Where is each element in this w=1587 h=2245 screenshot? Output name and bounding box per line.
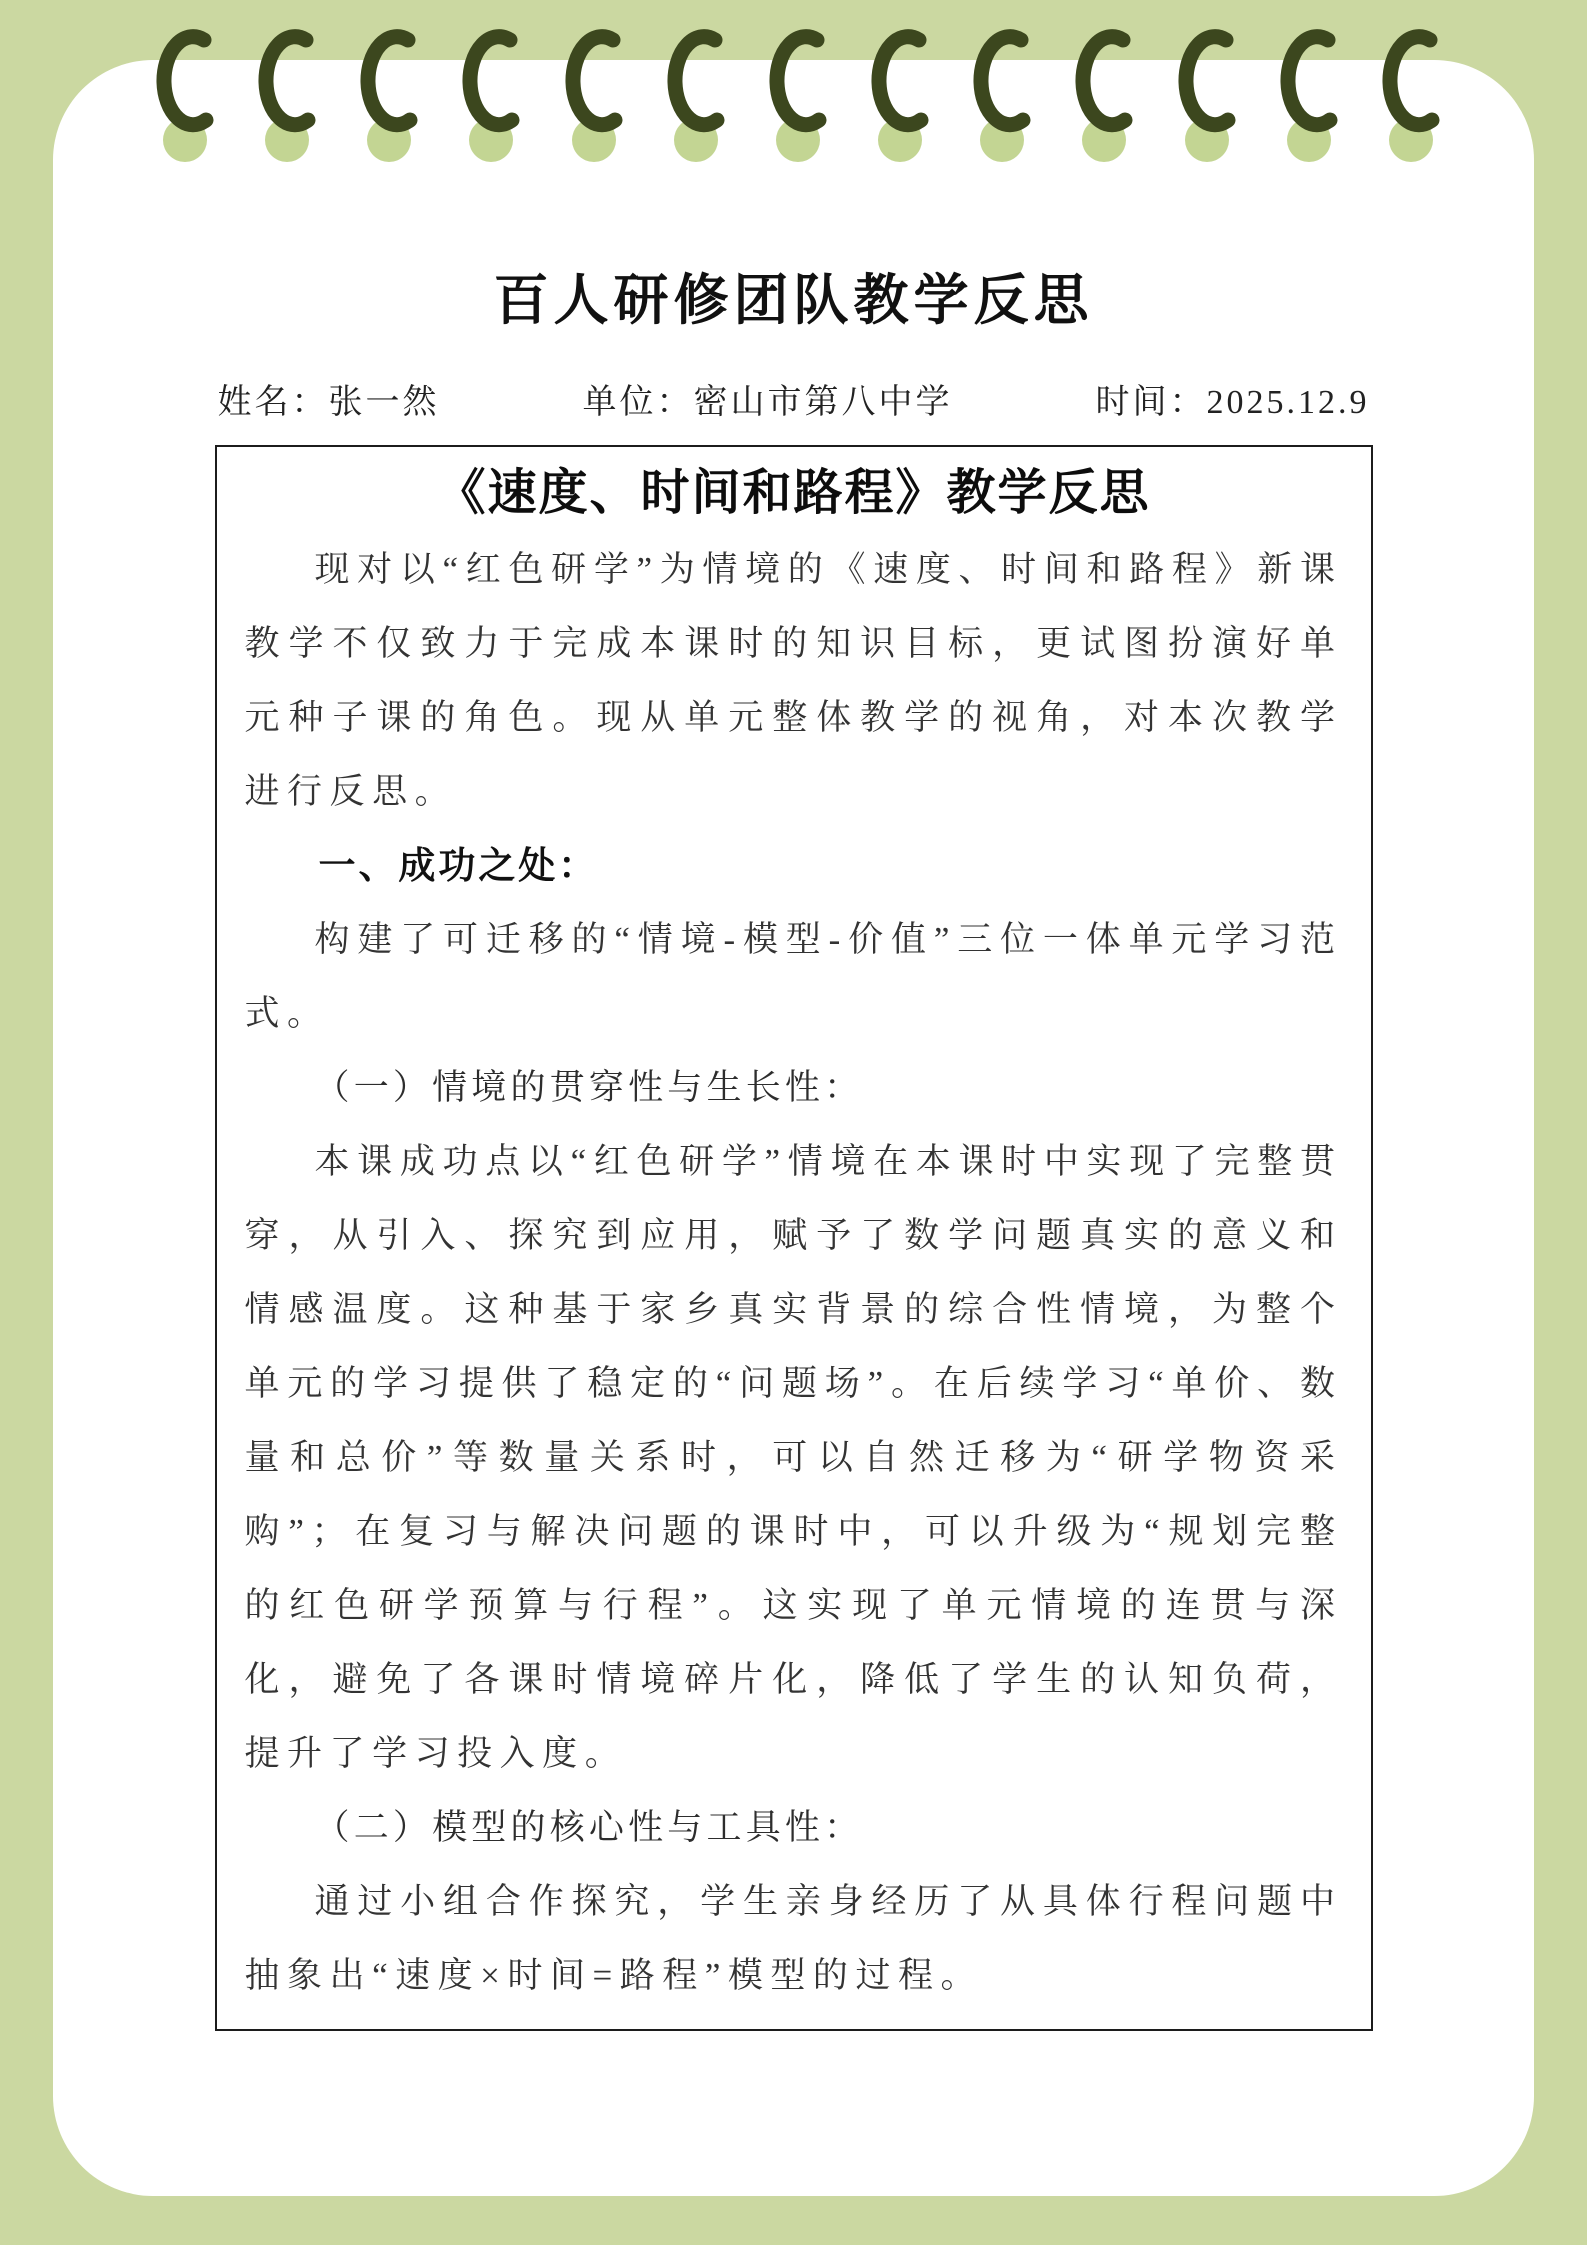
- spiral-ring-icon: [1170, 28, 1236, 168]
- info-row: 姓名：张一然 单位：密山市第八中学 时间：2025.12.9: [218, 374, 1370, 423]
- spiral-ring-icon: [659, 28, 725, 168]
- spiral-ring-icon: [454, 28, 520, 168]
- author-unit: 单位：密山市第八中学: [583, 374, 953, 423]
- spiral-ring-icon: [863, 28, 929, 168]
- article-paragraph: 构建了可迁移的“情境-模型-价值”三位一体单元学习范式。: [245, 903, 1343, 1051]
- section-heading: 一、成功之处：: [245, 829, 1343, 903]
- subsection-heading: （二）模型的核心性与工具性：: [245, 1791, 1343, 1865]
- document-date: 时间：2025.12.9: [1096, 374, 1370, 423]
- spiral-ring-icon: [965, 28, 1031, 168]
- article-paragraph: 通过小组合作探究，学生亲身经历了从具体行程问题中抽象出“速度×时间=路程”模型的…: [245, 1865, 1343, 2013]
- spiral-ring-icon: [1272, 28, 1338, 168]
- article-paragraph: 本课成功点以“红色研学”情境在本课时中实现了完整贯穿，从引入、探究到应用，赋予了…: [245, 1125, 1343, 1791]
- spiral-ring-icon: [148, 28, 214, 168]
- subsection-heading: （一）情境的贯穿性与生长性：: [245, 1051, 1343, 1125]
- page-title: 百人研修团队教学反思: [53, 268, 1534, 334]
- spiral-ring-icon: [1374, 28, 1440, 168]
- notebook-paper: 百人研修团队教学反思 姓名：张一然 单位：密山市第八中学 时间：2025.12.…: [53, 60, 1534, 2196]
- article-box: 《速度、时间和路程》教学反思 现对以“红色研学”为情境的《速度、时间和路程》新课…: [215, 445, 1373, 2031]
- spiral-ring-icon: [557, 28, 623, 168]
- spiral-ring-icon: [761, 28, 827, 168]
- article-paragraph: 现对以“红色研学”为情境的《速度、时间和路程》新课教学不仅致力于完成本课时的知识…: [245, 533, 1343, 829]
- spiral-ring-icon: [250, 28, 316, 168]
- spiral-ring-icon: [1067, 28, 1133, 168]
- notebook-background: 百人研修团队教学反思 姓名：张一然 单位：密山市第八中学 时间：2025.12.…: [0, 0, 1587, 2245]
- author-name: 姓名：张一然: [218, 374, 440, 423]
- article-title: 《速度、时间和路程》教学反思: [245, 461, 1343, 525]
- spiral-rings: [148, 28, 1440, 168]
- spiral-ring-icon: [352, 28, 418, 168]
